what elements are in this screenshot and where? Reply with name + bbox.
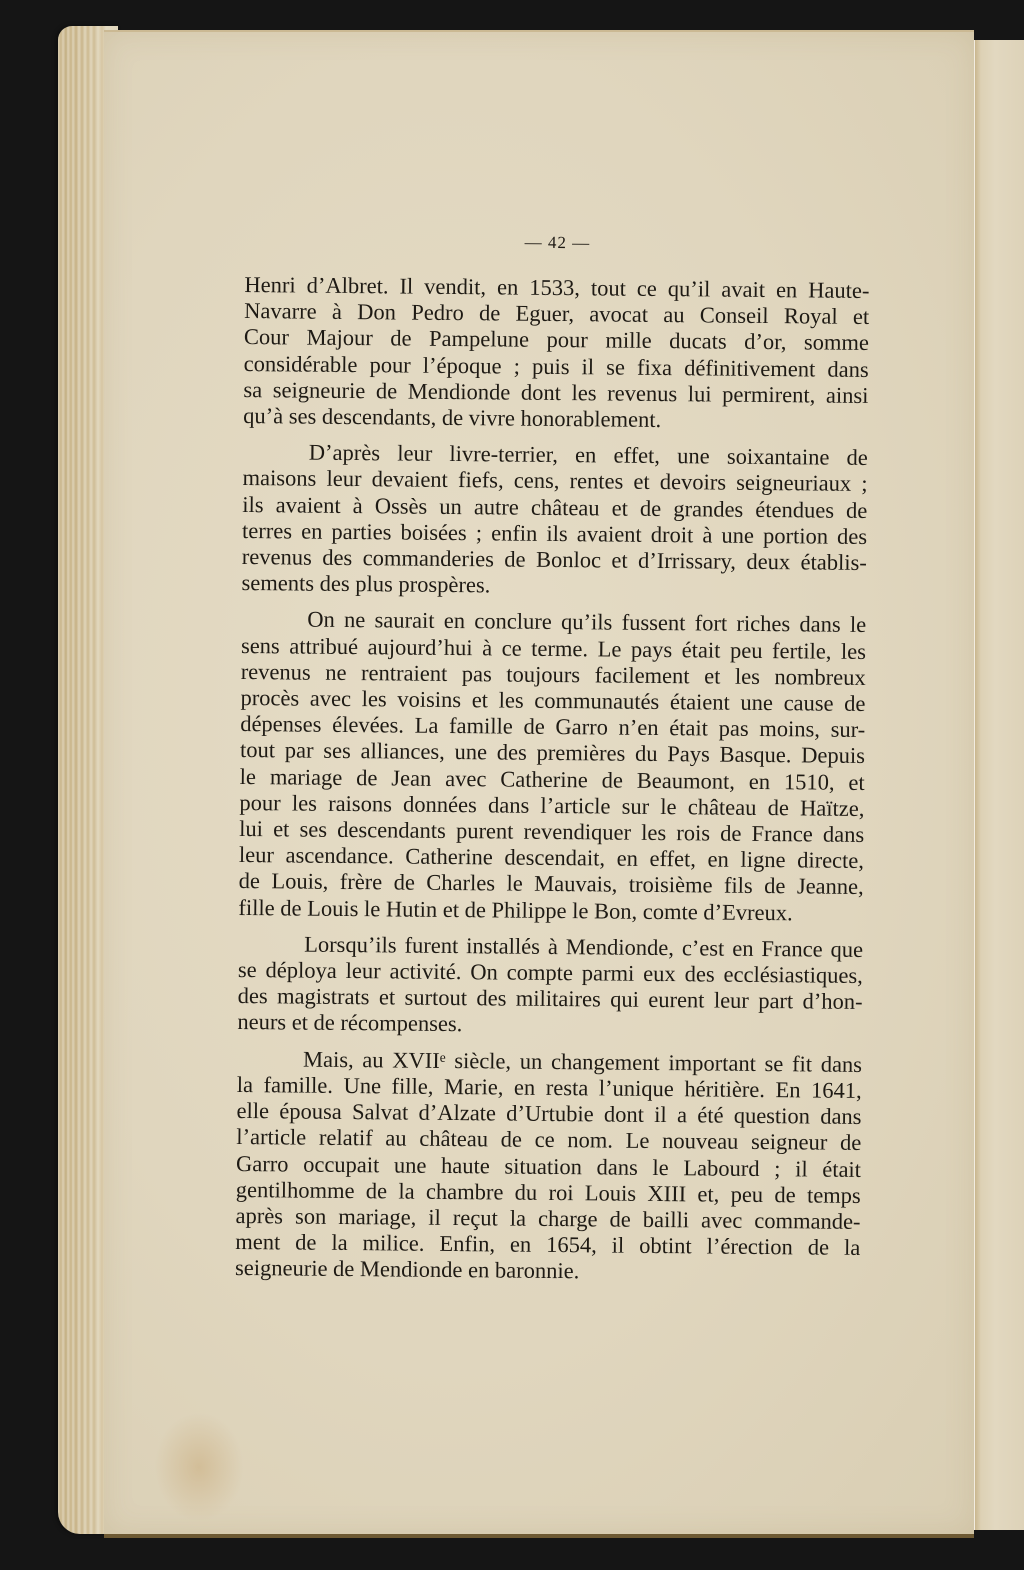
paragraph-3: On ne saurait en conclure qu’ils fussent… [238,606,866,926]
paragraph-1: Henri d’Albret. Il vendit, en 1533, tout… [243,272,869,435]
text-line: seigneurie de Mendionde en baronnie. [235,1255,860,1287]
text-line: neurs et de récompenses. [237,1009,862,1041]
paragraph-2: D’après leur livre-terrier, en effet, un… [241,439,867,602]
paragraph-5: Mais, au XVIIᵉ siècle, un changement imp… [235,1046,862,1288]
paper-stain [154,1412,244,1522]
scanned-book-spread: — 42 — Henri d’Albret. Il vendit, en 153… [0,0,1024,1570]
adjacent-page-edge [974,40,1024,1530]
paragraph-4: Lorsqu’ils furent installés à Mendionde,… [237,931,863,1042]
text-line: fille de Louis le Hutin et de Philippe l… [238,895,863,927]
page-text: — 42 — Henri d’Albret. Il vendit, en 153… [235,230,870,1297]
